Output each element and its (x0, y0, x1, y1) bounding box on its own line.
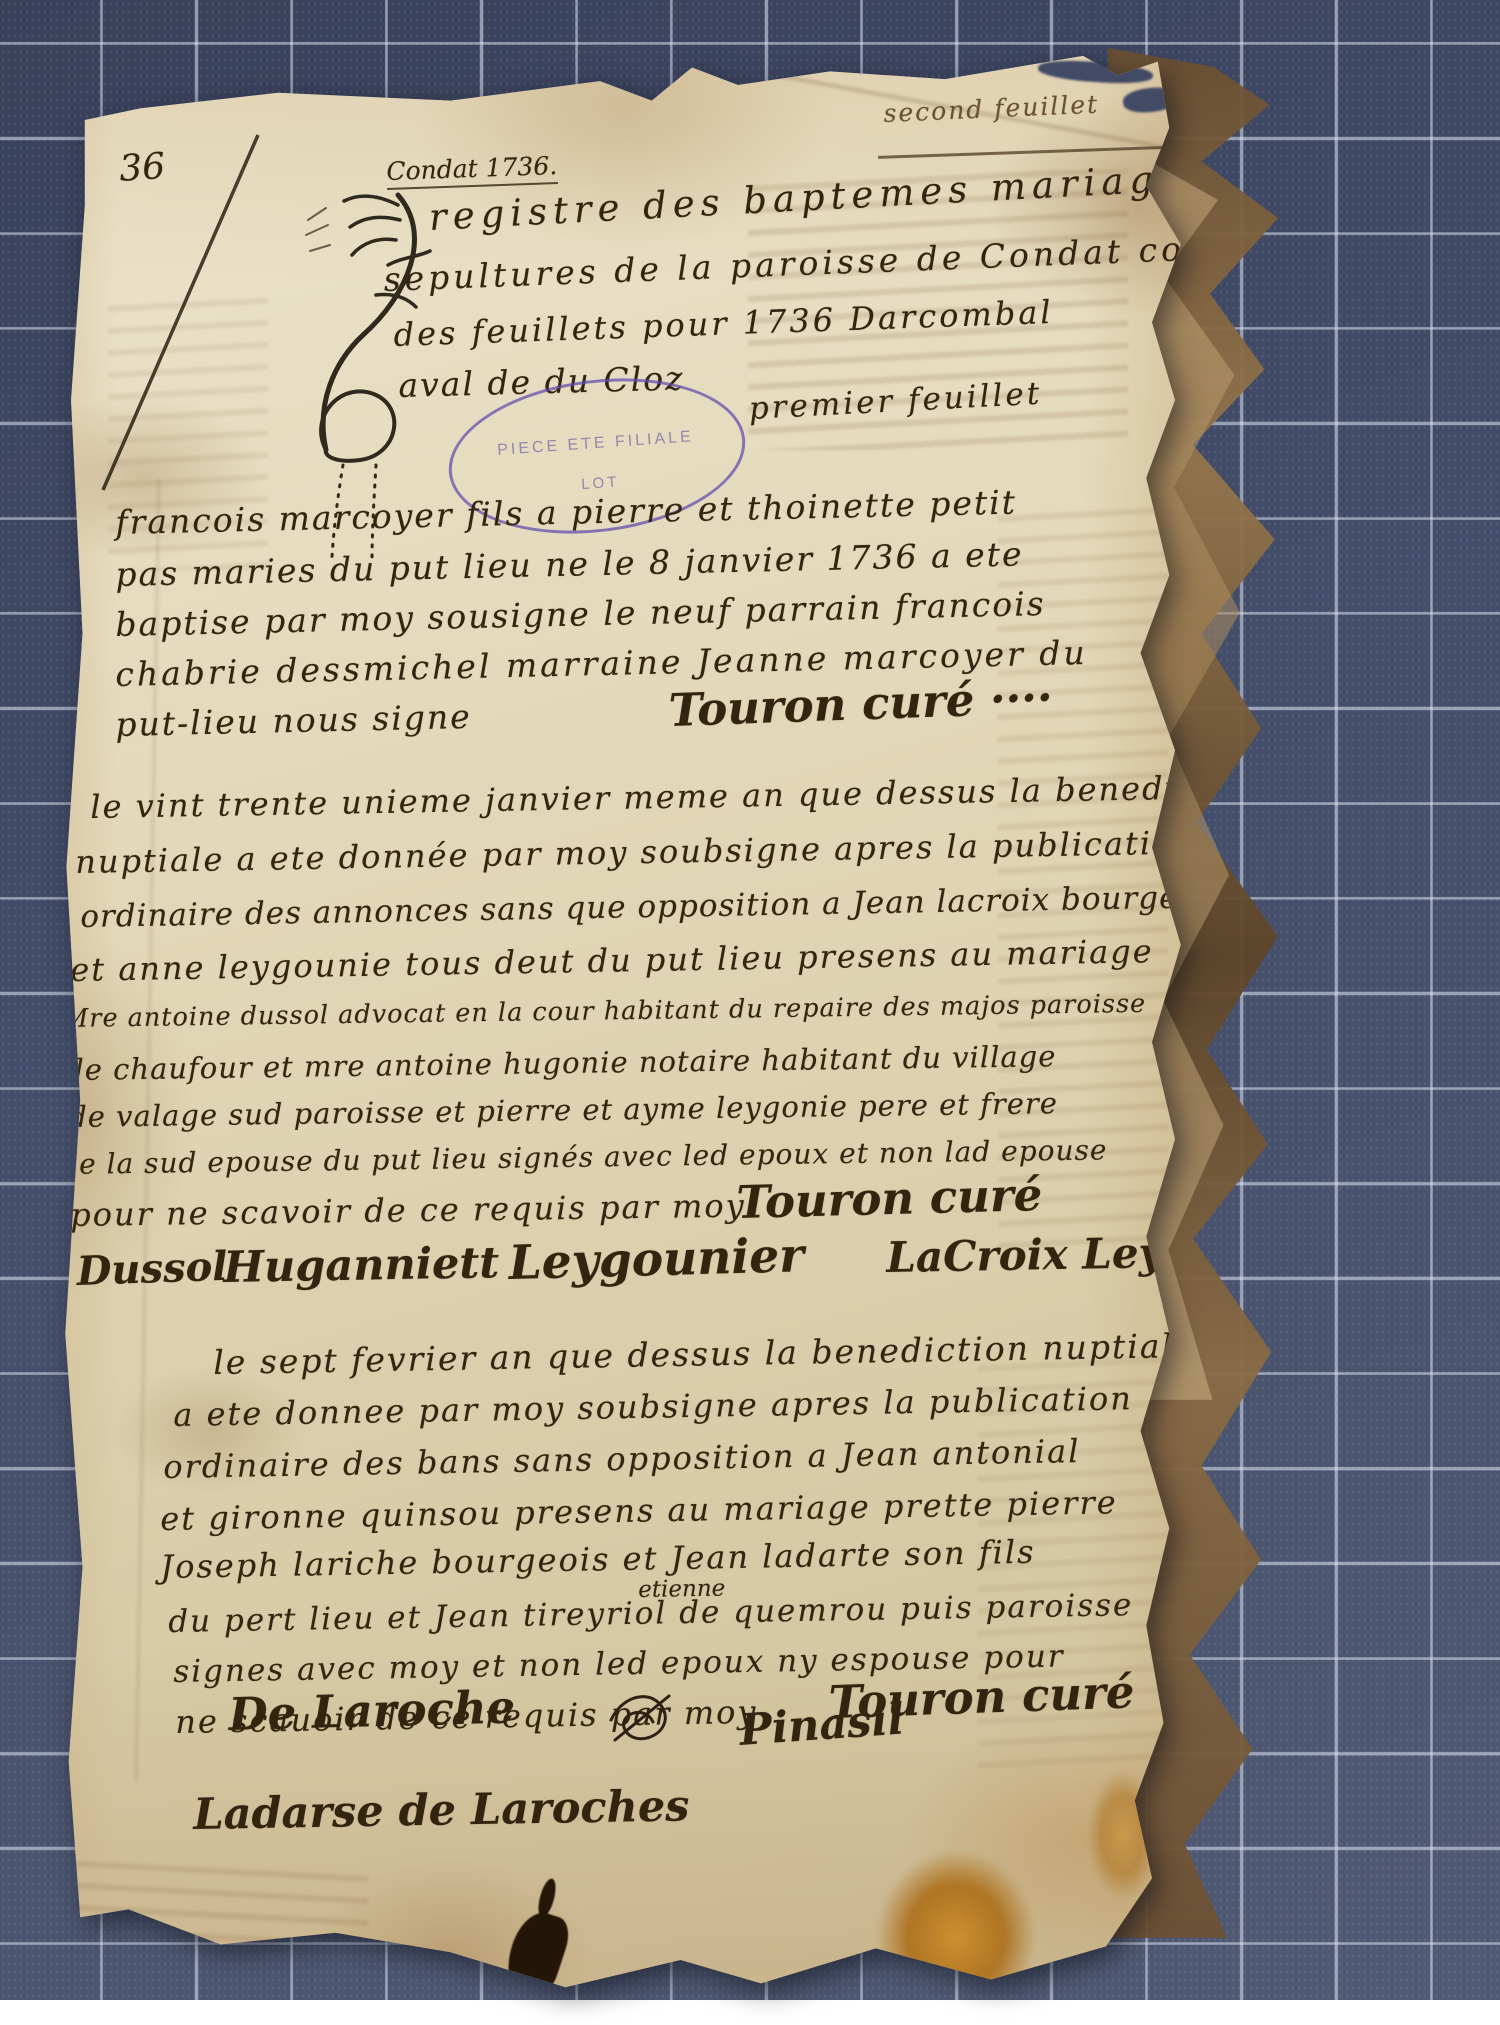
photo-scene: 36 second feu (0, 0, 1500, 2000)
entry2-closing: pour ne scavoir de ce requis par moy (70, 1189, 746, 1234)
entry2-line: le vint trente unieme janvier meme an qu… (90, 769, 1268, 825)
entry2-line: et anne leygounie tous deut du put lieu … (70, 934, 1154, 988)
orange-stain-small (1088, 1770, 1158, 1900)
entry3-line: a ete donnee par moy soubsigne apres la … (173, 1381, 1133, 1433)
manuscript-page: 36 second feu (48, 50, 1198, 1995)
bottom-signature-laroche: De Laroche (228, 1682, 516, 1739)
entry3-line: et gironne quinsou presens au mariage pr… (160, 1485, 1118, 1537)
ink-blot-small (535, 1877, 559, 1919)
tear-hole (1037, 58, 1153, 86)
entry1-line: put-lieu nous signe (115, 699, 472, 743)
entry2-line: de chaufour et mre antoine hugonie notai… (65, 1041, 1057, 1087)
bleed-through-text-mirrored (68, 1860, 368, 1970)
bottom-signature-ladarse: Ladarse de Laroches (193, 1783, 690, 1839)
entry3-line: Joseph lariche bourgeois et Jean ladarte… (160, 1535, 1036, 1585)
bottom-signature-pinasil: Pinasil (738, 1697, 906, 1756)
header-line-3: des feuillets pour 1736 Darcombal (393, 295, 1054, 353)
entry2-line: nuptiale a ete donnée par moy soubsigne … (75, 825, 1196, 880)
orange-stain (876, 1850, 1036, 2000)
folio-note: premier feuillet (748, 377, 1043, 426)
header-year-title: Condat 1736. (386, 152, 558, 189)
entry1-line: baptise par moy sousigne le neuf parrain… (115, 586, 1046, 643)
priest-signature: Touron curé ···· (668, 673, 1053, 736)
witness-signature: Huganniett (223, 1240, 500, 1292)
entry2-line: ordinaire des annonces sans que oppositi… (80, 880, 1226, 934)
stamp-text-line1: PIECE ETE FILIALE (449, 425, 742, 463)
entry2-line: Mre antoine dussol advocat en la cour ha… (62, 990, 1146, 1033)
parchment: 36 second feu (48, 50, 1198, 1995)
ink-blot (498, 1906, 575, 2000)
entry3-line: ordinaire des bans sans opposition a Jea… (163, 1434, 1081, 1485)
witness-signature: Dussol (76, 1245, 228, 1294)
corner-note: second feuillet (883, 91, 1100, 128)
witness-signature: Leygounier (508, 1230, 805, 1289)
corner-underline (878, 144, 1218, 158)
entry2-line: de valage sud paroisse et pierre et ayme… (68, 1088, 1058, 1134)
tear-hole (1122, 85, 1179, 115)
laroche-paraph-icon (603, 1678, 678, 1758)
entry3-line: le sept fevrier an que dessus la benedic… (213, 1328, 1196, 1381)
entry3-line: du pert lieu et Jean tireyriol de quemro… (168, 1588, 1134, 1639)
priest-signature: Touron curé (736, 1170, 1043, 1227)
